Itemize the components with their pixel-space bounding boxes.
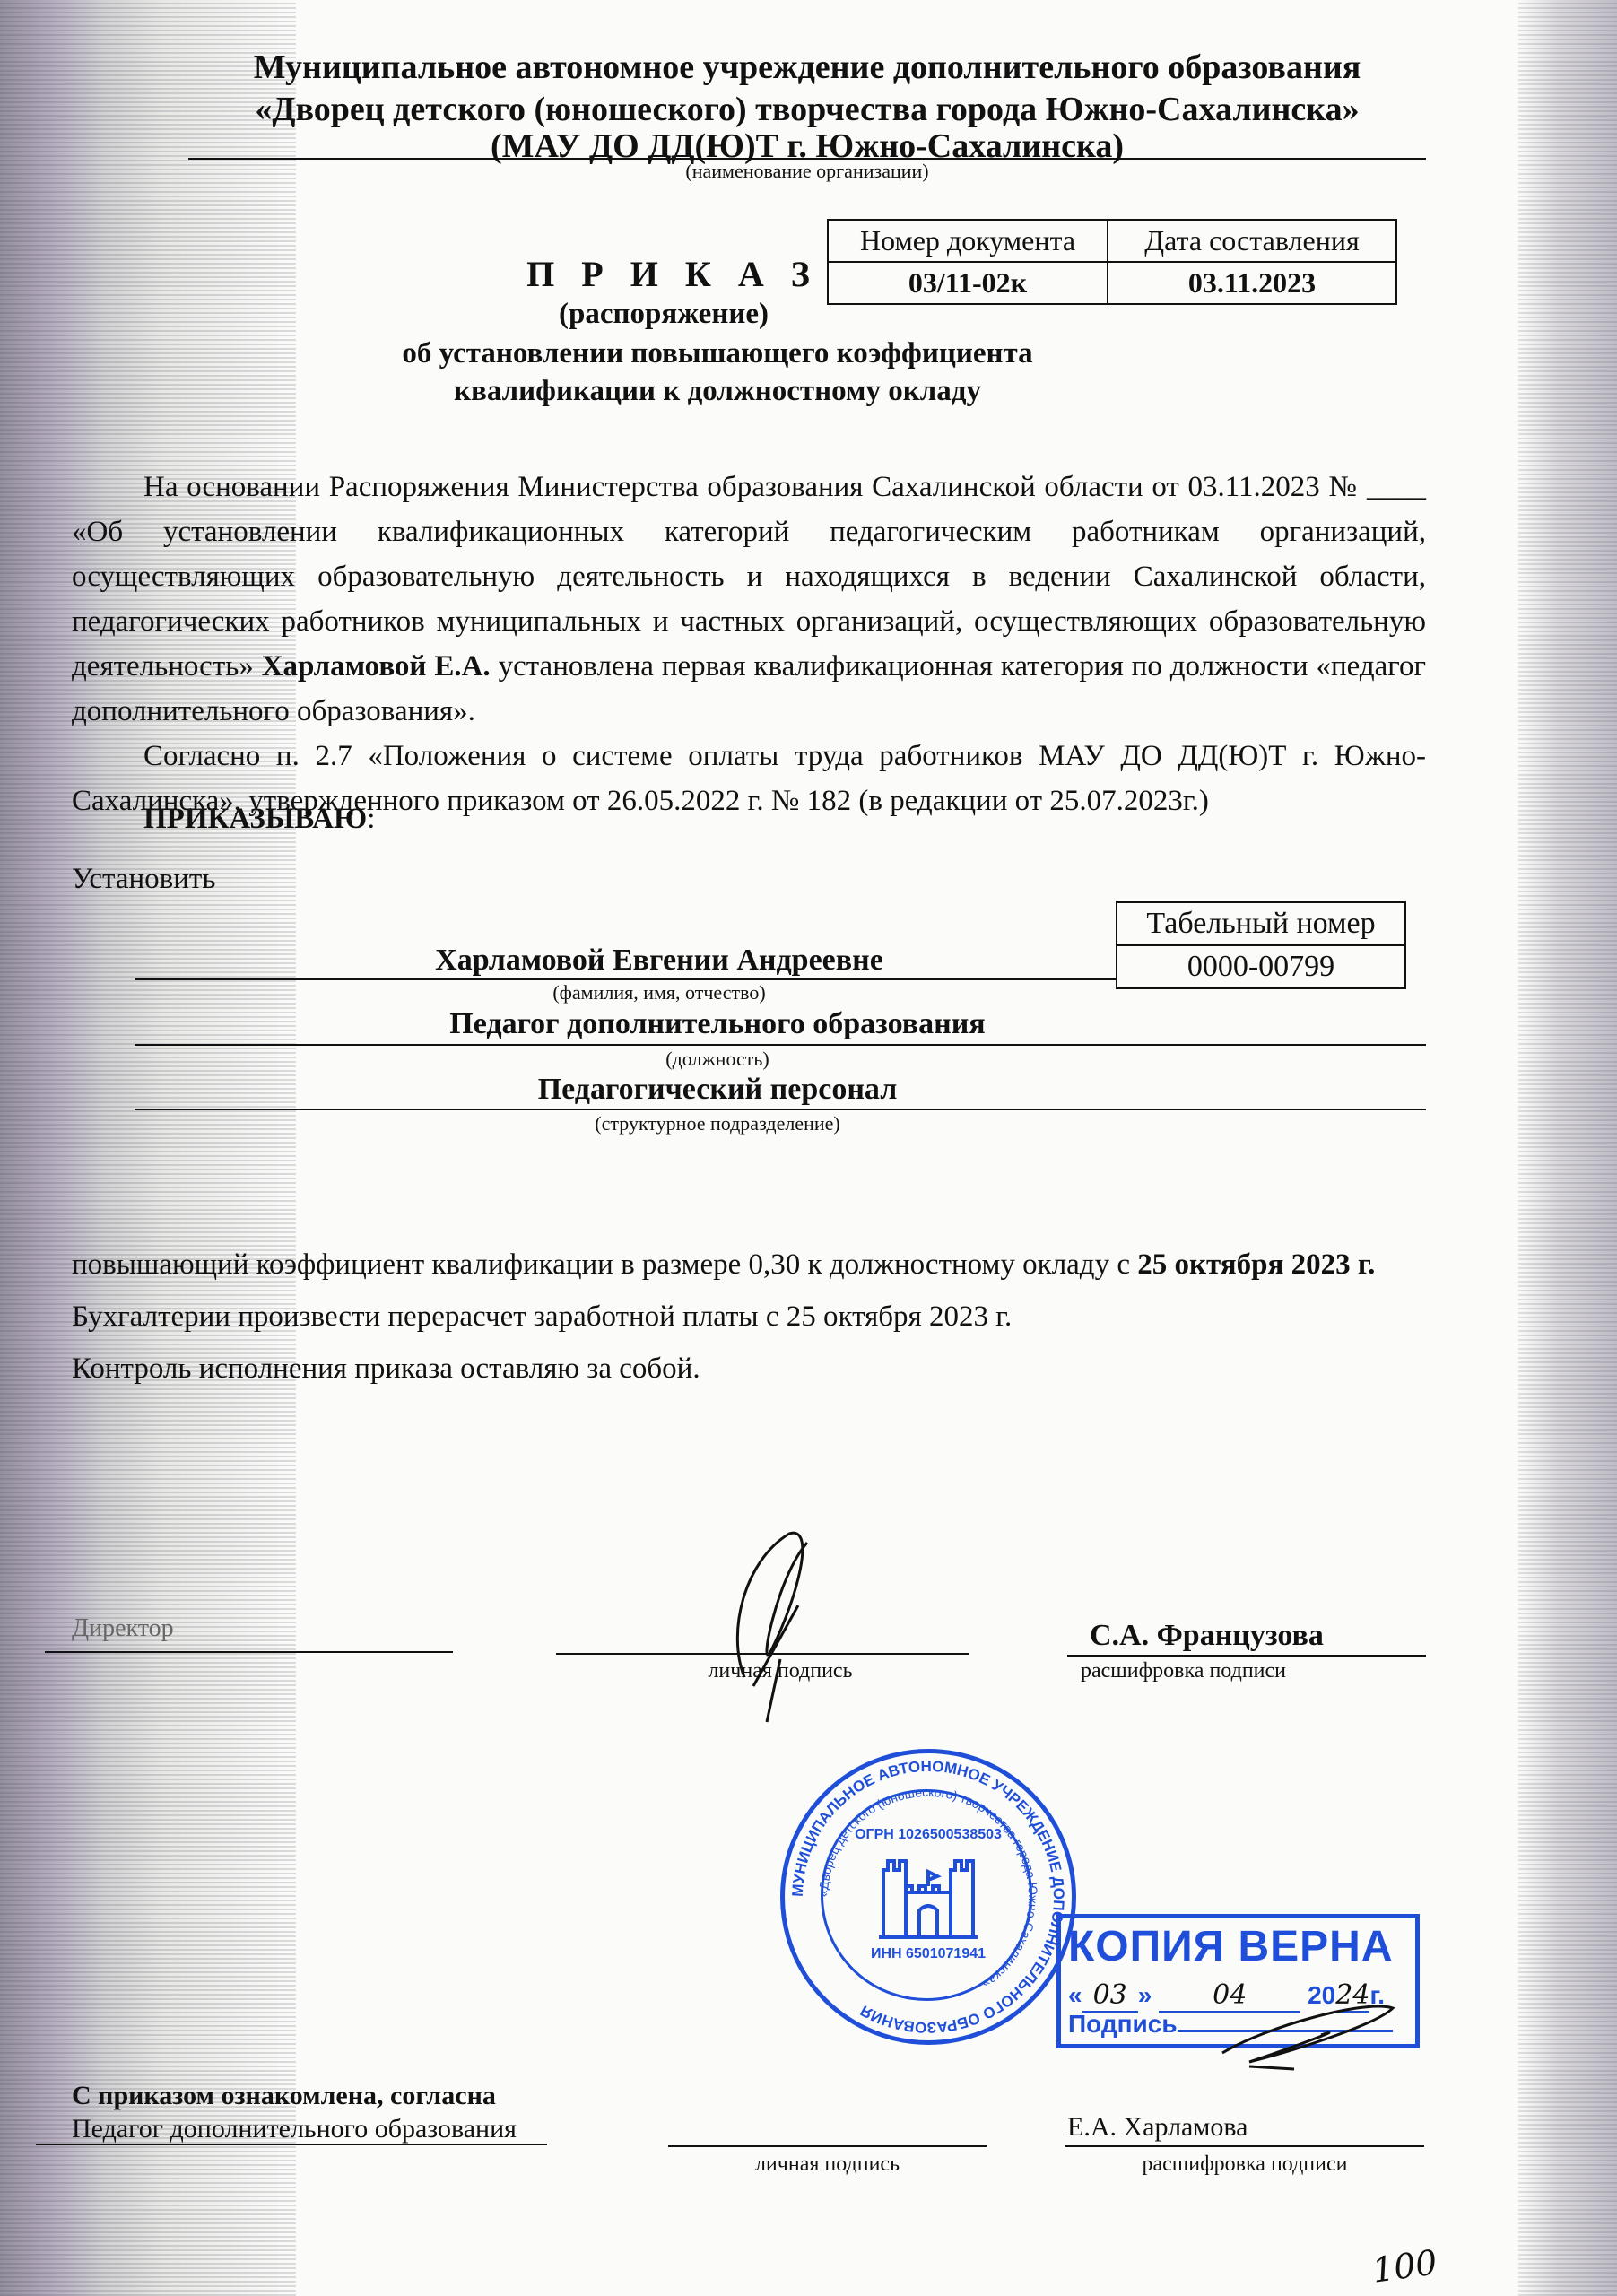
name-underline xyxy=(135,978,1116,980)
establish-label: Установить xyxy=(72,863,215,896)
director-signature-caption: личная подпись xyxy=(691,1659,870,1683)
tab-number-header: Табельный номер xyxy=(1117,902,1405,945)
organization-round-stamp: МУНИЦИПАЛЬНОЕ АВТОНОМНОЕ УЧРЕЖДЕНИЕ ДОПО… xyxy=(780,1749,1076,2045)
director-role-line xyxy=(45,1651,453,1653)
ack-signature-caption: личная подпись xyxy=(668,2152,987,2177)
org-caption: (наименование организации) xyxy=(161,160,1453,183)
position-caption: (должность) xyxy=(269,1048,1166,1071)
name-caption: (фамилия, имя, отчество) xyxy=(206,981,1112,1004)
org-name-line1: Муниципальное автономное учреждение допо… xyxy=(161,47,1453,88)
ack-employee-name: Е.А. Харламова xyxy=(1067,2112,1248,2143)
document-title: П Р И К А З xyxy=(520,253,825,295)
employee-position: Педагог дополнительного образования xyxy=(269,1007,1166,1041)
stamp-ogrn: ОГРН 1026500538503 xyxy=(848,1827,1009,1843)
ack-name-caption: расшифровка подписи xyxy=(1065,2152,1424,2177)
acknowledgement-line1: С приказом ознакомлена, согласна xyxy=(72,2081,496,2111)
director-name-caption: расшифровка подписи xyxy=(1081,1659,1286,1683)
document-number-table: Номер документа Дата составления 03/11-0… xyxy=(827,219,1397,305)
document-subject-line1: об установлении повышающего коэффициента xyxy=(269,334,1166,373)
basis-employee-name: Харламовой Е.А. xyxy=(262,650,491,683)
document-subtitle: (распоряжение) xyxy=(448,294,879,334)
copy-signature-scribble xyxy=(1213,1990,1411,2071)
castle-emblem-icon xyxy=(874,1852,982,1942)
director-name: С.А. Французова xyxy=(1090,1619,1324,1653)
org-name-line2: «Дворец детского (юношеского) творчества… xyxy=(161,89,1453,130)
scan-shadow-left xyxy=(0,0,296,2296)
document-subject-line2: квалификации к должностному окладу xyxy=(269,371,1166,411)
order-heading: ПРИКАЗЫВАЮ: xyxy=(143,803,375,836)
ack-name-line xyxy=(1065,2145,1424,2147)
department-underline xyxy=(135,1109,1426,1110)
tab-number-table: Табельный номер 0000-00799 xyxy=(1116,901,1406,989)
director-name-line xyxy=(1067,1655,1426,1657)
director-signature-scribble xyxy=(691,1525,870,1731)
handwritten-page-number: 100 xyxy=(1369,2242,1439,2291)
order-item-control: Контроль исполнения приказа оставляю за … xyxy=(72,1352,700,1386)
ack-position-line xyxy=(36,2144,547,2145)
order-item-recalculation: Бухгалтерии произвести перерасчет зарабо… xyxy=(72,1300,1012,1334)
copy-day: 03 xyxy=(1082,1979,1138,2013)
doc-date-header: Дата составления xyxy=(1108,220,1396,262)
director-role: Директор xyxy=(72,1614,174,1643)
copy-signature-label: Подпись xyxy=(1068,2010,1178,2038)
scan-shadow-right xyxy=(1518,0,1617,2296)
acknowledgement-line2: Педагог дополнительного образования xyxy=(72,2114,517,2144)
stamp-inn: ИНН 6501071941 xyxy=(848,1946,1009,1962)
ack-signature-line xyxy=(668,2145,987,2147)
employee-department: Педагогический персонал xyxy=(269,1073,1166,1107)
doc-number-header: Номер документа xyxy=(828,220,1108,262)
tab-number-value: 0000-00799 xyxy=(1117,945,1405,988)
order-item-coefficient: повышающий коэффициент квалификации в ра… xyxy=(72,1248,1375,1282)
copy-verified-title: КОПИЯ ВЕРНА xyxy=(1068,1922,1394,1971)
copy-verified-stamp: КОПИЯ ВЕРНА «03» 04 2024г. Подпись xyxy=(1056,1914,1420,2048)
employee-full-name: Харламовой Евгении Андреевне xyxy=(206,944,1112,978)
position-underline xyxy=(135,1044,1426,1046)
body-paragraph-basis: На основании Распоряжения Министерства о… xyxy=(72,465,1426,734)
coefficient-start-date: 25 октября 2023 г. xyxy=(1137,1248,1375,1281)
department-caption: (структурное подразделение) xyxy=(269,1112,1166,1135)
doc-date-value: 03.11.2023 xyxy=(1108,262,1396,304)
